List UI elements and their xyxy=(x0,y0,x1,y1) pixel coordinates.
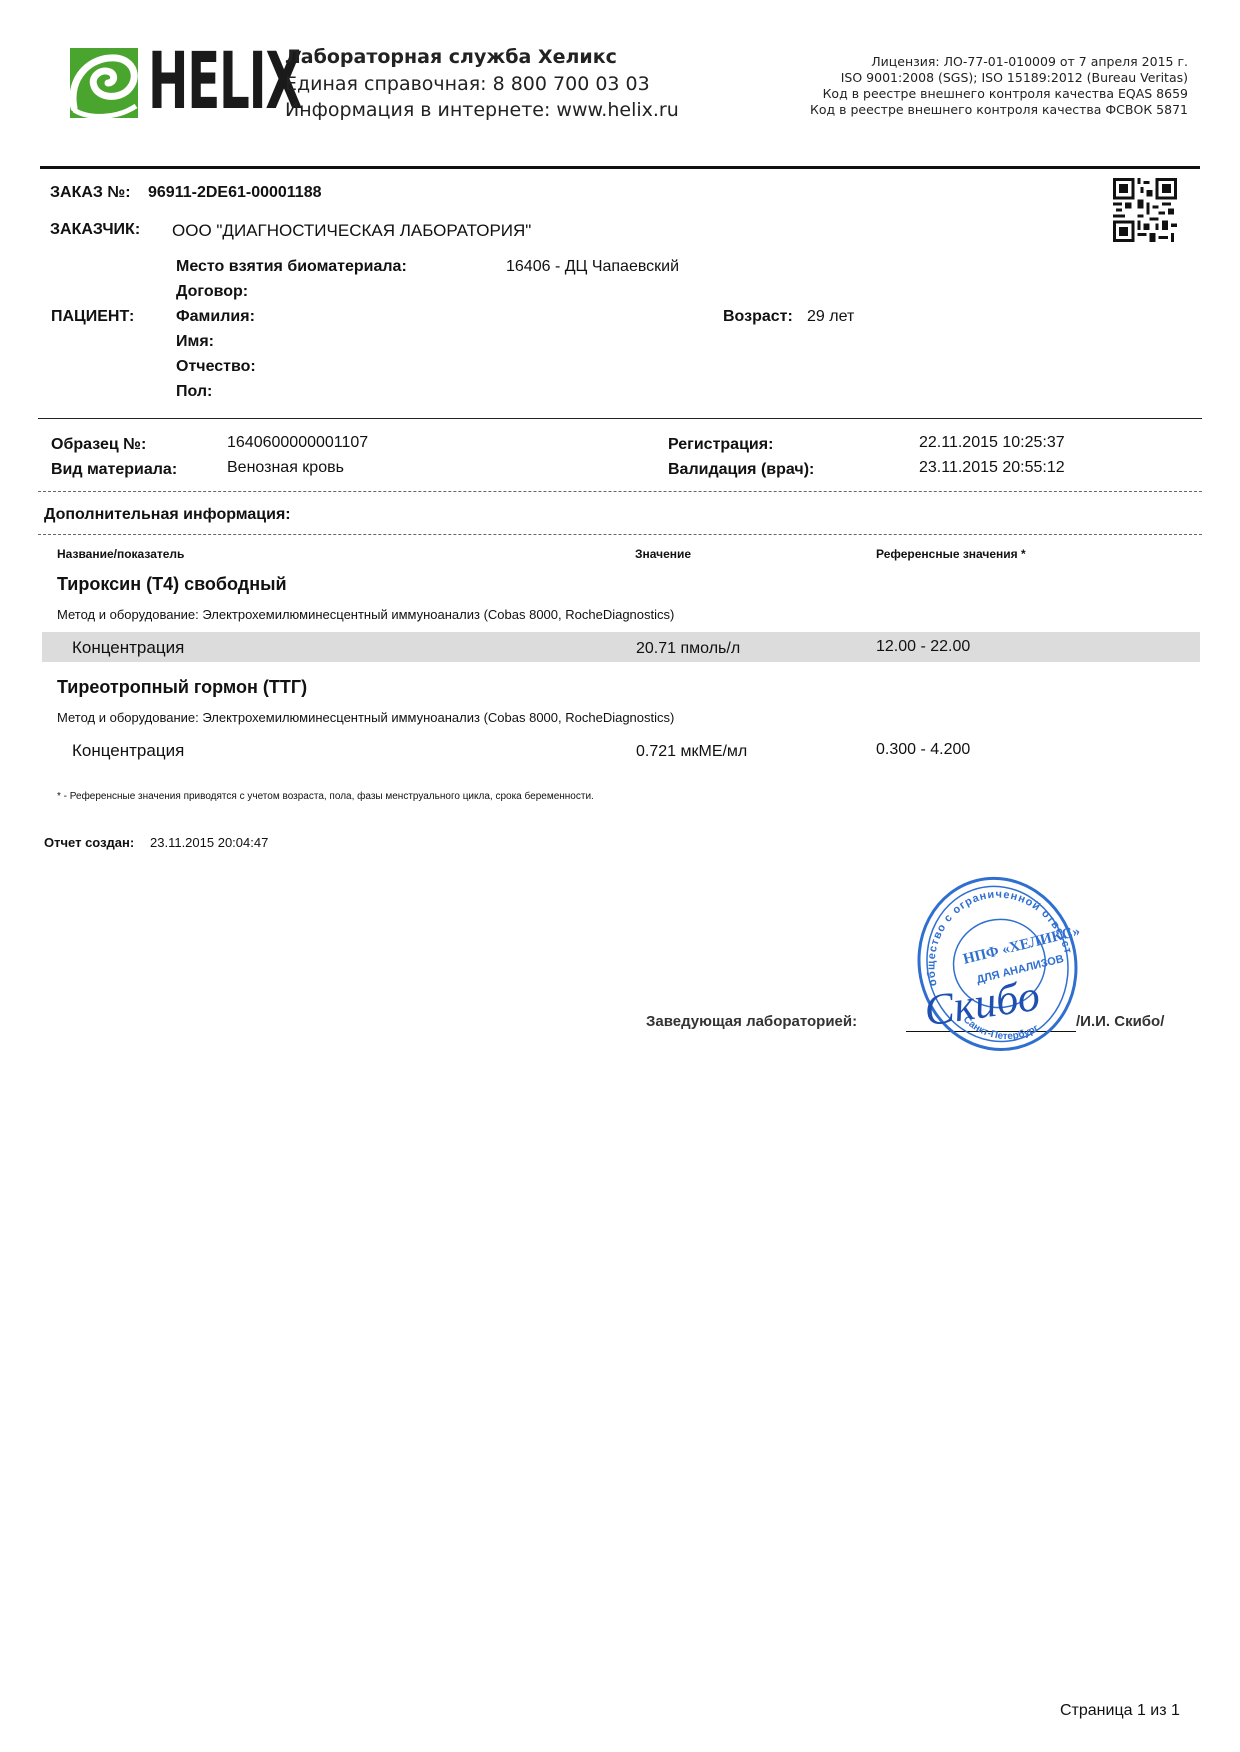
registration-label: Регистрация: xyxy=(668,436,773,454)
helix-logo-text: HELIX xyxy=(148,42,301,122)
result-reference: 0.300 - 4.200 xyxy=(876,741,970,759)
website-link[interactable]: Информация в интернете: www.helix.ru xyxy=(285,99,679,121)
sample-number: 1640600000001107 xyxy=(227,434,368,452)
column-header-value: Значение xyxy=(635,547,691,561)
customer-name: ООО "ДИАГНОСТИЧЕСКАЯ ЛАБОРАТОРИЯ" xyxy=(172,221,531,241)
order-number: 96911-2DE61-00001188 xyxy=(148,184,322,202)
sample-divider xyxy=(38,491,1202,492)
eqas-line: Код в реестре внешнего контроля качества… xyxy=(823,86,1188,101)
qr-code-icon xyxy=(1113,178,1177,242)
customer-label: ЗАКАЗЧИК: xyxy=(50,221,140,239)
sex-label: Пол: xyxy=(176,383,212,401)
test-name: Тиреотропный гормон (ТТГ) xyxy=(57,677,307,698)
result-value: 20.71 пмоль/л xyxy=(636,640,740,658)
fsvok-line: Код в реестре внешнего контроля качества… xyxy=(810,102,1188,117)
helix-logo-mark xyxy=(70,48,138,118)
test-name: Тироксин (Т4) свободный xyxy=(57,574,287,595)
registration-value: 22.11.2015 10:25:37 xyxy=(919,434,1065,452)
svg-text:Скибо: Скибо xyxy=(921,971,1042,1036)
header-divider xyxy=(40,166,1200,169)
reference-footnote: * - Референсные значения приводятся с уч… xyxy=(57,791,594,802)
extra-info-label: Дополнительная информация: xyxy=(44,506,291,524)
result-reference: 12.00 - 22.00 xyxy=(876,638,970,656)
validation-label: Валидация (врач): xyxy=(668,461,814,479)
patronymic-label: Отчество: xyxy=(176,358,256,376)
result-param: Концентрация xyxy=(72,638,184,658)
patient-label: ПАЦИЕНТ: xyxy=(51,308,134,326)
spiral-logo-icon xyxy=(70,48,138,118)
page-number: Страница 1 из 1 xyxy=(1060,1702,1180,1720)
contract-label: Договор: xyxy=(176,283,248,301)
iso-line: ISO 9001:2008 (SGS); ISO 15189:2012 (Bur… xyxy=(841,70,1188,85)
test-method: Метод и оборудование: Электрохемилюминес… xyxy=(57,710,674,725)
hotline: Единая справочная: 8 800 700 03 03 xyxy=(285,73,650,95)
lab-name: Лабораторная служба Хеликс xyxy=(285,46,617,68)
column-header-name: Название/показатель xyxy=(57,547,184,561)
collection-site-label: Место взятия биоматериала: xyxy=(176,258,407,276)
sample-number-label: Образец №: xyxy=(51,436,146,454)
test-method: Метод и оборудование: Электрохемилюминес… xyxy=(57,607,674,622)
signature-label: Заведующая лабораторией: xyxy=(646,1013,857,1030)
column-header-reference: Референсные значения * xyxy=(876,547,1026,561)
result-row-highlight xyxy=(42,632,1200,662)
order-number-label: ЗАКАЗ №: xyxy=(50,184,131,202)
stamp-icon: общество с ограниченной ответственностью… xyxy=(905,870,1090,1055)
patient-divider xyxy=(38,418,1202,419)
report-created-label: Отчет создан: xyxy=(44,835,134,850)
result-param: Концентрация xyxy=(72,741,184,761)
first-name-label: Имя: xyxy=(176,333,214,351)
lab-stamp: общество с ограниченной ответственностью… xyxy=(905,870,1090,1055)
material-label: Вид материала: xyxy=(51,461,177,479)
material-value: Венозная кровь xyxy=(227,459,344,477)
collection-site-value: 16406 - ДЦ Чапаевский xyxy=(506,258,679,276)
age-label: Возраст: xyxy=(723,308,793,326)
age-value: 29 лет xyxy=(807,308,854,326)
validation-value: 23.11.2015 20:55:12 xyxy=(919,459,1065,477)
surname-label: Фамилия: xyxy=(176,308,255,326)
license-line: Лицензия: ЛО-77-01-010009 от 7 апреля 20… xyxy=(871,54,1188,69)
extra-info-divider xyxy=(38,534,1202,535)
result-value: 0.721 мкМЕ/мл xyxy=(636,743,747,761)
report-created-value: 23.11.2015 20:04:47 xyxy=(150,835,268,850)
